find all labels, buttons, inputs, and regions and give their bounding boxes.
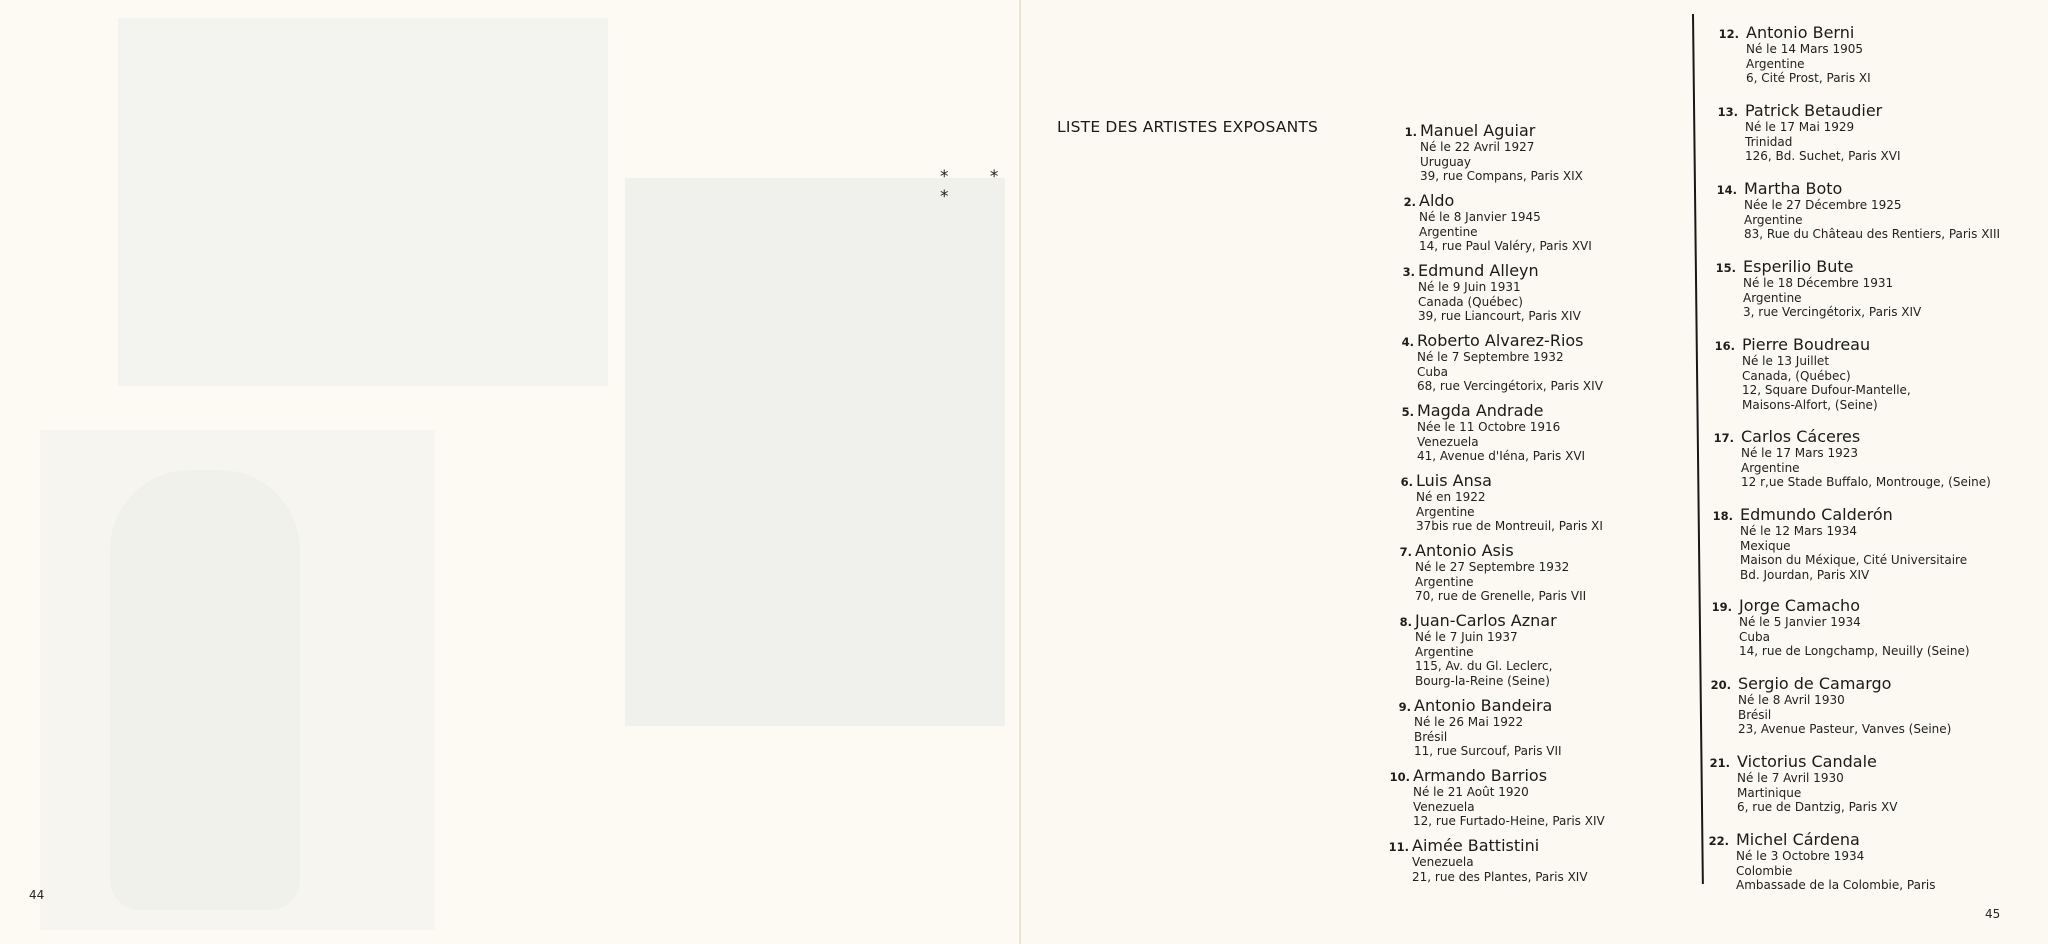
birth-date: Né le 5 Janvier 1934: [1739, 615, 1970, 630]
address: 14, rue Paul Valéry, Paris XVI: [1419, 239, 1592, 254]
artist-name: Antonio Bandeira: [1414, 697, 1562, 715]
address-line-2: Bd. Jourdan, Paris XIV: [1740, 568, 1967, 583]
address-line-2: Maisons-Alfort, (Seine): [1742, 398, 1911, 413]
birth-date: Né le 13 Juillet: [1742, 354, 1911, 369]
entry-number: 17.: [1708, 431, 1734, 445]
address: 6, Cité Prost, Paris XI: [1746, 71, 1871, 86]
address: 12, rue Furtado-Heine, Paris XIV: [1413, 814, 1605, 829]
artist-entry: 20. Sergio de Camargo Né le 8 Avril 1930…: [1738, 675, 1951, 737]
artist-name: Jorge Camacho: [1739, 597, 1970, 615]
address: 23, Avenue Pasteur, Vanves (Seine): [1738, 722, 1951, 737]
birth-date: Né le 3 Octobre 1934: [1736, 849, 1935, 864]
artist-entry: 6. Luis Ansa Né en 1922 Argentine 37bis …: [1416, 472, 1603, 534]
entry-number: 4.: [1388, 335, 1414, 349]
entry-number: 19.: [1706, 600, 1732, 614]
entry-number: 12.: [1713, 27, 1739, 41]
artist-entry: 13. Patrick Betaudier Né le 17 Mai 1929 …: [1745, 102, 1901, 164]
birth-date: Né le 17 Mai 1929: [1745, 120, 1901, 135]
entry-number: 6.: [1387, 475, 1413, 489]
country: Argentine: [1415, 575, 1586, 590]
entry-number: 1.: [1391, 125, 1417, 139]
artist-entry: 14. Martha Boto Née le 27 Décembre 1925 …: [1744, 180, 2000, 242]
artist-name: Esperilio Bute: [1743, 258, 1921, 276]
address: 37bis rue de Montreuil, Paris XI: [1416, 519, 1603, 534]
address: 12, Square Dufour-Mantelle,: [1742, 383, 1911, 398]
artist-name: Magda Andrade: [1417, 402, 1585, 420]
artist-name: Pierre Boudreau: [1742, 336, 1911, 354]
birth-date: Né le 18 Décembre 1931: [1743, 276, 1921, 291]
birth-date: Né le 17 Mars 1923: [1741, 446, 1991, 461]
artist-entry: 19. Jorge Camacho Né le 5 Janvier 1934 C…: [1739, 597, 1970, 659]
country: Venezuela: [1417, 435, 1585, 450]
country: Brésil: [1738, 708, 1951, 723]
artist-name: Victorius Candale: [1737, 753, 1897, 771]
artist-name: Luis Ansa: [1416, 472, 1603, 490]
address: 70, rue de Grenelle, Paris VII: [1415, 589, 1586, 604]
entry-number: 15.: [1710, 261, 1736, 275]
birth-date: Né le 12 Mars 1934: [1740, 524, 1967, 539]
artist-name: Aldo: [1419, 192, 1592, 210]
faded-sculpture-image: [110, 470, 300, 910]
birth-date: Né le 21 Août 1920: [1413, 785, 1605, 800]
address: 115, Av. du Gl. Leclerc,: [1415, 659, 1557, 674]
artist-entry: 15. Esperilio Bute Né le 18 Décembre 193…: [1743, 258, 1921, 320]
artist-name: Juan-Carlos Aznar: [1415, 612, 1557, 630]
country: Argentine: [1415, 645, 1557, 660]
artist-name: Aimée Battistini: [1412, 837, 1588, 855]
asterisk-ornament: * * *: [940, 167, 1021, 207]
entry-number: 13.: [1712, 105, 1738, 119]
address: 126, Bd. Suchet, Paris XVI: [1745, 149, 1901, 164]
page-number-left: 44: [29, 888, 44, 902]
entry-number: 3.: [1389, 265, 1415, 279]
entry-number: 8.: [1386, 615, 1412, 629]
faded-image-placeholder: [118, 18, 608, 386]
country: Martinique: [1737, 786, 1897, 801]
address: 11, rue Surcouf, Paris VII: [1414, 744, 1562, 759]
entry-number: 9.: [1385, 700, 1411, 714]
artist-entry: 2. Aldo Né le 8 Janvier 1945 Argentine 1…: [1419, 192, 1592, 254]
address: 6, rue de Dantzig, Paris XV: [1737, 800, 1897, 815]
artist-entry: 11. Aimée Battistini Venezuela 21, rue d…: [1412, 837, 1588, 884]
artist-entry: 16. Pierre Boudreau Né le 13 Juillet Can…: [1742, 336, 1911, 412]
birth-date: Né le 7 Septembre 1932: [1417, 350, 1603, 365]
artist-entry: 10. Armando Barrios Né le 21 Août 1920 V…: [1413, 767, 1605, 829]
country: Cuba: [1417, 365, 1603, 380]
birth-date: Née le 11 Octobre 1916: [1417, 420, 1585, 435]
page-number-right: 45: [1985, 907, 2000, 921]
entry-number: 16.: [1709, 339, 1735, 353]
country: Canada, (Québec): [1742, 369, 1911, 384]
entry-number: 21.: [1704, 756, 1730, 770]
birth-date: Né le 27 Septembre 1932: [1415, 560, 1586, 575]
country: Argentine: [1741, 461, 1991, 476]
artist-name: Martha Boto: [1744, 180, 2000, 198]
page-title: LISTE DES ARTISTES EXPOSANTS: [1057, 118, 1318, 136]
entry-number: 2.: [1390, 195, 1416, 209]
artist-entry: 18. Edmundo Calderón Né le 12 Mars 1934 …: [1740, 506, 1967, 582]
artist-name: Sergio de Camargo: [1738, 675, 1951, 693]
artist-name: Roberto Alvarez-Rios: [1417, 332, 1603, 350]
entry-number: 10.: [1384, 770, 1410, 784]
entry-number: 22.: [1703, 834, 1729, 848]
country: Argentine: [1744, 213, 2000, 228]
address: 68, rue Vercingétorix, Paris XIV: [1417, 379, 1603, 394]
artist-name: Armando Barrios: [1413, 767, 1605, 785]
entry-number: 14.: [1711, 183, 1737, 197]
address: 12 r,ue Stade Buffalo, Montrouge, (Seine…: [1741, 475, 1991, 490]
artist-name: Michel Cárdena: [1736, 831, 1935, 849]
entry-number: 5.: [1388, 405, 1414, 419]
left-page: * * * 44: [0, 0, 1021, 944]
birth-date: Né le 9 Juin 1931: [1418, 280, 1581, 295]
address: 3, rue Vercingétorix, Paris XIV: [1743, 305, 1921, 320]
birth-date: Né le 7 Avril 1930: [1737, 771, 1897, 786]
birth-date: Né le 26 Mai 1922: [1414, 715, 1562, 730]
address: 41, Avenue d'Iéna, Paris XVI: [1417, 449, 1585, 464]
address: 21, rue des Plantes, Paris XIV: [1412, 870, 1588, 885]
artist-entry: 22. Michel Cárdena Né le 3 Octobre 1934 …: [1736, 831, 1935, 893]
birth-date: Né en 1922: [1416, 490, 1603, 505]
country: Trinidad: [1745, 135, 1901, 150]
artist-name: Carlos Cáceres: [1741, 428, 1991, 446]
address: 39, rue Compans, Paris XIX: [1420, 169, 1583, 184]
birth-date: Né le 22 Avril 1927: [1420, 140, 1583, 155]
artist-entry: 7. Antonio Asis Né le 27 Septembre 1932 …: [1415, 542, 1586, 604]
entry-number: 20.: [1705, 678, 1731, 692]
address: Maison du Méxique, Cité Universitaire: [1740, 553, 1967, 568]
address: Ambassade de la Colombie, Paris: [1736, 878, 1935, 893]
country: Mexique: [1740, 539, 1967, 554]
country: Venezuela: [1413, 800, 1605, 815]
entry-number: 11.: [1383, 840, 1409, 854]
birth-date: Né le 8 Janvier 1945: [1419, 210, 1592, 225]
country: Cuba: [1739, 630, 1970, 645]
birth-date: Née le 27 Décembre 1925: [1744, 198, 2000, 213]
artist-name: Edmundo Calderón: [1740, 506, 1967, 524]
address: 39, rue Liancourt, Paris XIV: [1418, 309, 1581, 324]
address: 14, rue de Longchamp, Neuilly (Seine): [1739, 644, 1970, 659]
artist-entry: 9. Antonio Bandeira Né le 26 Mai 1922 Br…: [1414, 697, 1562, 759]
artist-entry: 12. Antonio Berni Né le 14 Mars 1905 Arg…: [1746, 24, 1871, 86]
faded-image-placeholder: [625, 178, 1005, 726]
country: Uruguay: [1420, 155, 1583, 170]
entry-number: 18.: [1707, 509, 1733, 523]
artist-entry: 8. Juan-Carlos Aznar Né le 7 Juin 1937 A…: [1415, 612, 1557, 688]
entry-number: 7.: [1386, 545, 1412, 559]
birth-date: Né le 14 Mars 1905: [1746, 42, 1871, 57]
country: Venezuela: [1412, 855, 1588, 870]
country: Argentine: [1416, 505, 1603, 520]
artist-name: Patrick Betaudier: [1745, 102, 1901, 120]
birth-date: Né le 7 Juin 1937: [1415, 630, 1557, 645]
artist-entry: 1. Manuel Aguiar Né le 22 Avril 1927 Uru…: [1420, 122, 1583, 184]
artist-entry: 17. Carlos Cáceres Né le 17 Mars 1923 Ar…: [1741, 428, 1991, 490]
address: 83, Rue du Château des Rentiers, Paris X…: [1744, 227, 2000, 242]
artist-entry: 4. Roberto Alvarez-Rios Né le 7 Septembr…: [1417, 332, 1603, 394]
birth-date: Né le 8 Avril 1930: [1738, 693, 1951, 708]
artist-name: Edmund Alleyn: [1418, 262, 1581, 280]
country: Argentine: [1419, 225, 1592, 240]
country: Colombie: [1736, 864, 1935, 879]
artist-name: Antonio Berni: [1746, 24, 1871, 42]
artist-entry: 21. Victorius Candale Né le 7 Avril 1930…: [1737, 753, 1897, 815]
address-line-2: Bourg-la-Reine (Seine): [1415, 674, 1557, 689]
country: Brésil: [1414, 730, 1562, 745]
artist-entry: 5. Magda Andrade Née le 11 Octobre 1916 …: [1417, 402, 1585, 464]
country: Argentine: [1743, 291, 1921, 306]
artist-entry: 3. Edmund Alleyn Né le 9 Juin 1931 Canad…: [1418, 262, 1581, 324]
country: Canada (Québec): [1418, 295, 1581, 310]
artist-name: Antonio Asis: [1415, 542, 1586, 560]
artist-name: Manuel Aguiar: [1420, 122, 1583, 140]
country: Argentine: [1746, 57, 1871, 72]
